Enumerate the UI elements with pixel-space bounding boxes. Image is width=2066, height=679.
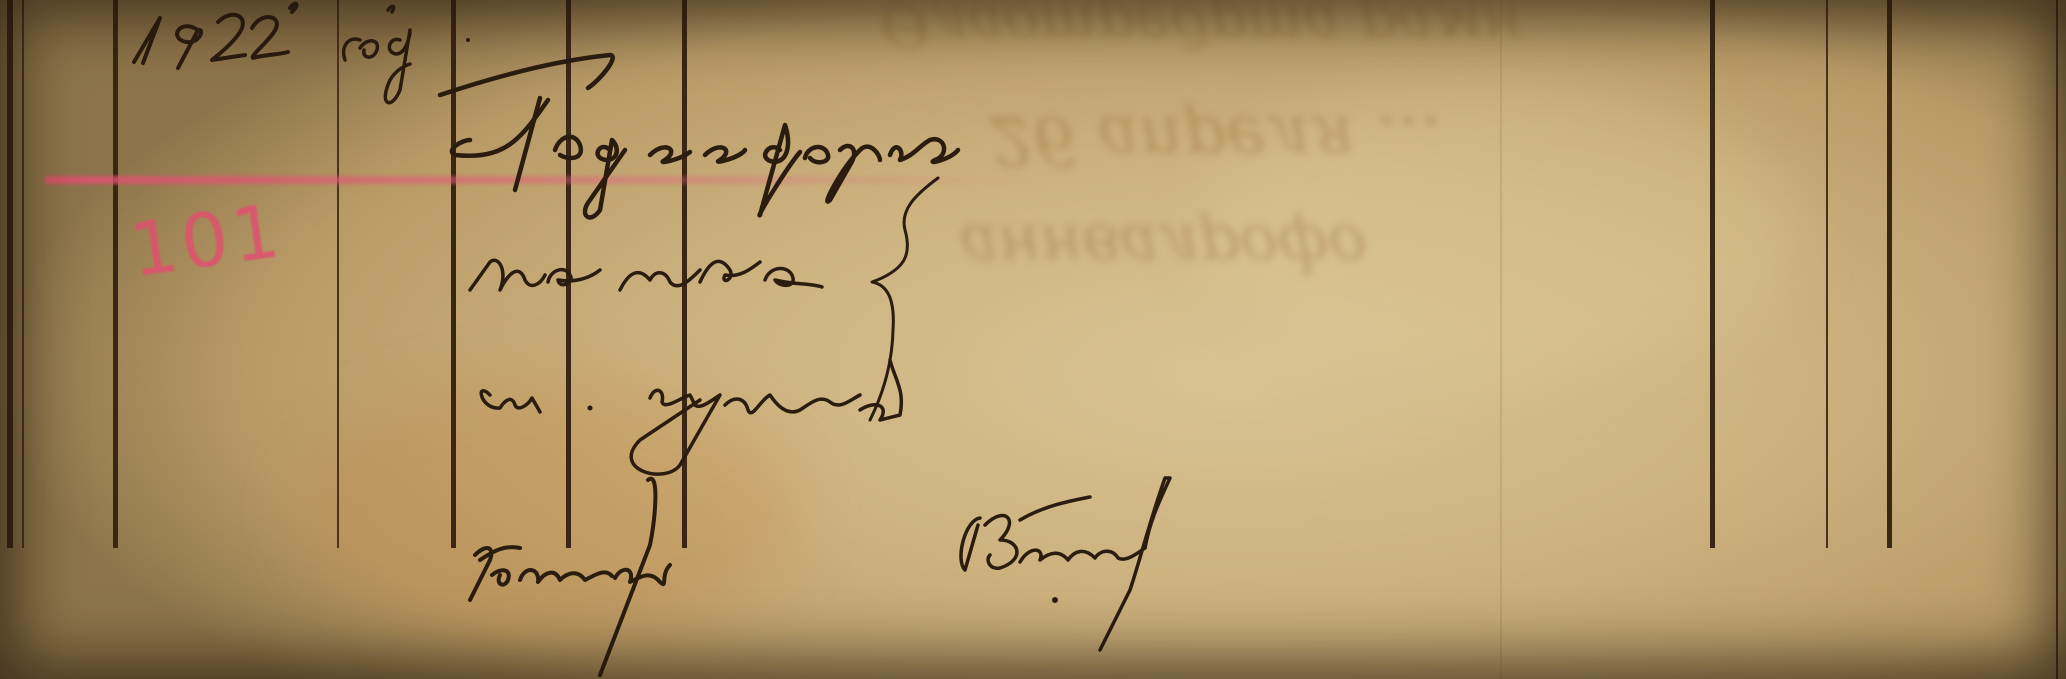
name-handwriting [470,479,670,675]
signature-handwriting [961,478,1170,650]
members-handwriting [470,260,822,290]
document-page: Ѳлаотредрта рамн 26 апреля ... аннвалроф… [0,0,2066,679]
curly-brace [870,178,938,420]
chairman-handwriting [440,55,958,217]
head-teacher-handwriting [481,360,901,474]
year-suffix-handwriting [344,6,470,102]
handwriting-layer [0,0,2066,679]
year-handwriting [134,4,296,68]
